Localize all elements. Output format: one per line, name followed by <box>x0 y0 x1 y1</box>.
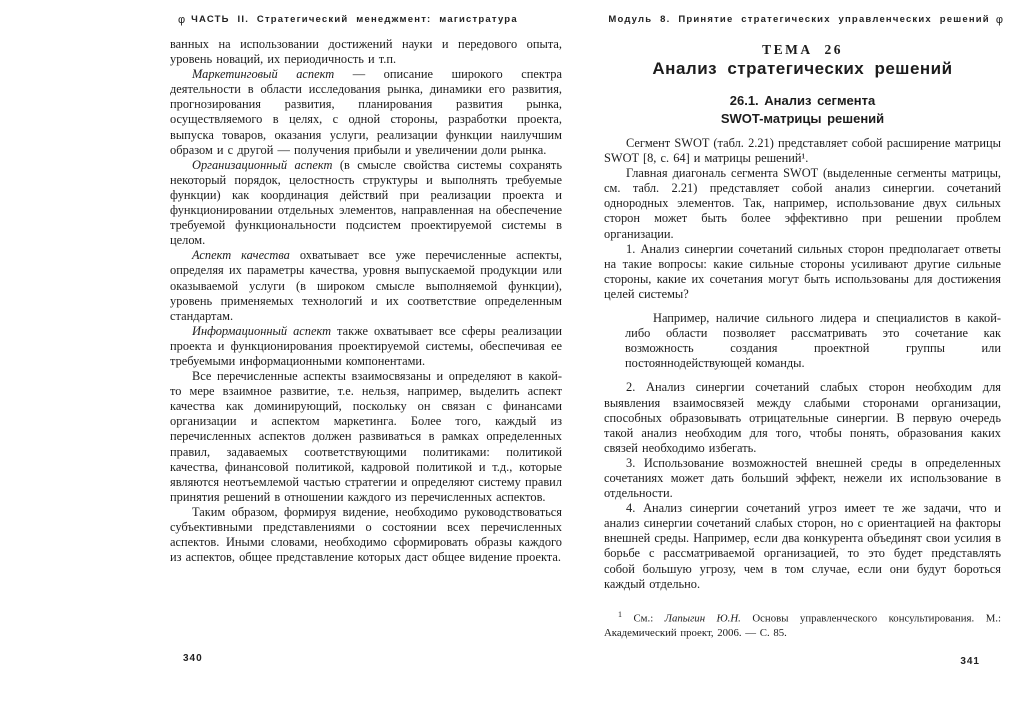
paragraph-lead-italic: Аспект качества <box>192 248 290 262</box>
right-text-column: Сегмент SWOT (табл. 2.21) представляет с… <box>604 136 1001 640</box>
paragraph: Главная диагональ сегмента SWOT (выделен… <box>604 166 1001 241</box>
footnote: 1 См.: Лапыгин Ю.Н. Основы управленческо… <box>604 608 1001 641</box>
paragraph: Организационный аспект (в смысле свойств… <box>170 158 562 249</box>
right-page-number: 341 <box>604 656 1001 667</box>
example-paragraph: Например, наличие сильного лидера и спец… <box>625 311 1001 371</box>
left-running-head: φЧАСТЬ II. Стратегический менеджмент: ма… <box>172 13 518 25</box>
paragraph: Все перечисленные аспекты взаимосвязаны … <box>170 369 562 505</box>
left-page-number: 340 <box>183 653 203 664</box>
paragraph: Сегмент SWOT (табл. 2.21) представляет с… <box>604 136 1001 166</box>
right-running-head: Модуль 8. Принятие стратегических управл… <box>608 13 1009 25</box>
footnote-author: Лапыгин Ю.Н. <box>665 612 741 624</box>
section-heading: 26.1. Анализ сегмента SWOT-матрицы решен… <box>604 92 1001 127</box>
paragraph-lead-italic: Организационный аспект <box>192 158 332 172</box>
paragraph: Информационный аспект также охватывает в… <box>170 324 562 369</box>
paragraph-lead-italic: Маркетинговый аспект <box>192 67 334 81</box>
paragraph: 3. Использование возможностей внешней ср… <box>604 456 1001 501</box>
paragraph: 2. Анализ синергии сочетаний слабых стор… <box>604 380 1001 455</box>
right-running-head-text: Модуль 8. Принятие стратегических управл… <box>608 14 990 25</box>
phi-ornament-icon: φ <box>990 14 1009 26</box>
chapter-title: Анализ стратегических решений <box>604 59 1001 79</box>
tema-heading: ТЕМА 26 <box>604 42 1001 58</box>
left-text-column: ванных на использовании достижений науки… <box>170 37 562 565</box>
right-paragraphs: Сегмент SWOT (табл. 2.21) представляет с… <box>604 136 1001 592</box>
paragraph: ванных на использовании достижений науки… <box>170 37 562 67</box>
footnote-pre: См.: <box>622 612 665 624</box>
section-heading-line1: 26.1. Анализ сегмента <box>730 93 876 108</box>
paragraph: Маркетинговый аспект — описание широкого… <box>170 67 562 158</box>
paragraph: Аспект качества охватывает все уже переч… <box>170 248 562 323</box>
paragraph-lead-italic: Информационный аспект <box>192 324 331 338</box>
paragraph: Таким образом, формируя видение, необход… <box>170 505 562 565</box>
paragraph: 4. Анализ синергии сочетаний угроз имеет… <box>604 501 1001 592</box>
section-heading-line2: SWOT-матрицы решений <box>721 111 884 126</box>
book-spread: φЧАСТЬ II. Стратегический менеджмент: ма… <box>0 0 1024 725</box>
left-running-head-text: ЧАСТЬ II. Стратегический менеджмент: маг… <box>191 14 518 25</box>
phi-ornament-icon: φ <box>172 14 191 26</box>
paragraph: 1. Анализ синергии сочетаний сильных сто… <box>604 242 1001 302</box>
